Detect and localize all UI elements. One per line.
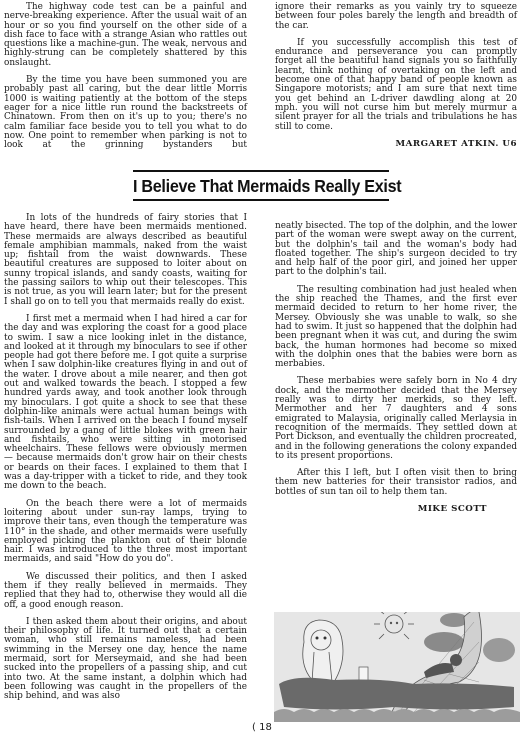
article2-left-column: In lots of the hundreds of fairy stories… (4, 214, 247, 710)
article2-paragraph: I then asked them about their origins, a… (4, 618, 247, 702)
article2-paragraph: neatly bisected. The top of the dolphin,… (275, 222, 517, 278)
page-number: ( 18 (252, 722, 272, 733)
article2-paragraph: These merbabies were safely born in No 4… (275, 377, 517, 461)
article1-paragraph: ignore their remarks as you vainly try t… (275, 3, 517, 31)
article2-paragraph: After this I left, but I often visit the… (275, 469, 517, 497)
mermaid-illustration (274, 612, 520, 736)
article2-author: MIKE SCOTT (275, 505, 517, 514)
headline-block: I Believe That Mermaids Really Exist (133, 170, 389, 201)
article1-paragraph: If you successfully accomplish this test… (275, 39, 517, 132)
article2-paragraph: We discussed their politics, and then I … (4, 573, 247, 610)
article2-paragraph: The resulting combination had just heale… (275, 286, 517, 370)
article2-right-column: neatly bisected. The top of the dolphin,… (275, 222, 517, 514)
article1-paragraph: The highway code test can be a painful a… (4, 3, 247, 68)
article1-author: MARGARET ATKIN. U6 (275, 140, 517, 149)
article2-paragraph: I first met a mermaid when I had hired a… (4, 315, 247, 492)
article2-headline: I Believe That Mermaids Really Exist (133, 172, 369, 199)
article2-paragraph: In lots of the hundreds of fairy stories… (4, 214, 247, 307)
article1-paragraph: By the time you have been summoned you a… (4, 76, 247, 150)
article2-paragraph: On the beach there were a lot of mermaid… (4, 500, 247, 565)
headline-bottom-rule (133, 199, 389, 201)
article1-right-column: ignore their remarks as you vainly try t… (275, 3, 517, 149)
article1-left-column: The highway code test can be a painful a… (4, 3, 247, 150)
mermaid-drawing-icon (274, 612, 520, 722)
